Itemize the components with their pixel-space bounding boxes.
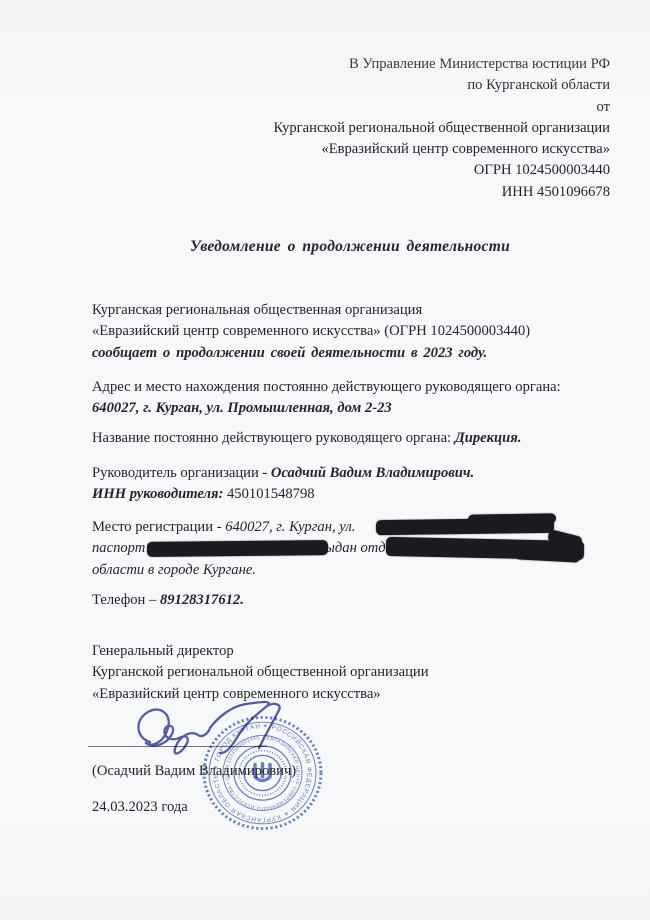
registration-label: Место регистрации - bbox=[92, 519, 225, 535]
signatory-org-line1: Курганской региональной общественной орг… bbox=[92, 662, 612, 683]
organ-label: Название постоянно действующего руководя… bbox=[92, 430, 455, 446]
document-date: 24.03.2023 года bbox=[92, 797, 612, 818]
document-title: Уведомление о продолжении деятельности bbox=[88, 236, 612, 257]
head-name: Осадчий Вадим Владимирович. bbox=[271, 465, 474, 481]
head-label: Руководитель организации - bbox=[92, 465, 271, 481]
paragraph-address: Адрес и место нахождения постоянно дейст… bbox=[92, 377, 612, 420]
redaction-bar bbox=[147, 540, 328, 557]
paragraph-governing-body: Название постоянно действующего руководя… bbox=[92, 428, 612, 449]
header-line: Курганской региональной общественной орг… bbox=[88, 118, 610, 139]
address-label: Адрес и место нахождения постоянно дейст… bbox=[92, 377, 612, 398]
document-page: В Управление Министерства юстиции РФ по … bbox=[0, 0, 650, 920]
header-line: В Управление Министерства юстиции РФ bbox=[88, 54, 610, 75]
organ-value: Дирекция. bbox=[455, 430, 522, 446]
registration-address: 640027, г. Курган, ул. bbox=[225, 519, 355, 535]
recipient-header: В Управление Министерства юстиции РФ по … bbox=[88, 54, 610, 203]
header-line: от bbox=[88, 97, 610, 118]
header-line: «Евразийский центр современного искусств… bbox=[88, 139, 610, 160]
header-line: по Курганской области bbox=[88, 75, 610, 96]
inn-value: 450101548798 bbox=[227, 486, 315, 502]
continuation-statement: сообщает о продолжении своей деятельност… bbox=[92, 343, 612, 364]
paragraph-organization: Курганская региональная общественная орг… bbox=[92, 300, 612, 364]
phone-label: Телефон – bbox=[92, 592, 160, 608]
org-name-line1: Курганская региональная общественная орг… bbox=[92, 300, 612, 321]
header-line: ОГРН 1024500003440 bbox=[88, 160, 610, 181]
header-line: ИНН 4501096678 bbox=[88, 182, 610, 203]
redaction-bar bbox=[468, 513, 556, 525]
inn-label: ИНН руководителя: bbox=[92, 486, 227, 502]
phone-value: 89128317612. bbox=[160, 592, 244, 608]
paragraph-phone: Телефон – 89128317612. bbox=[92, 590, 612, 611]
paragraph-head: Руководитель организации - Осадчий Вадим… bbox=[92, 463, 612, 506]
registration-region: области в городе Кургане. bbox=[92, 560, 612, 581]
passport-label: паспорт bbox=[92, 540, 145, 556]
signer-name: (Осадчий Вадим Владимирович) bbox=[92, 761, 612, 782]
signatory-position: Генеральный директор bbox=[92, 641, 612, 662]
org-name-line2: «Евразийский центр современного искусств… bbox=[92, 321, 612, 342]
address-value: 640027, г. Курган, ул. Промышленная, дом… bbox=[92, 398, 612, 419]
